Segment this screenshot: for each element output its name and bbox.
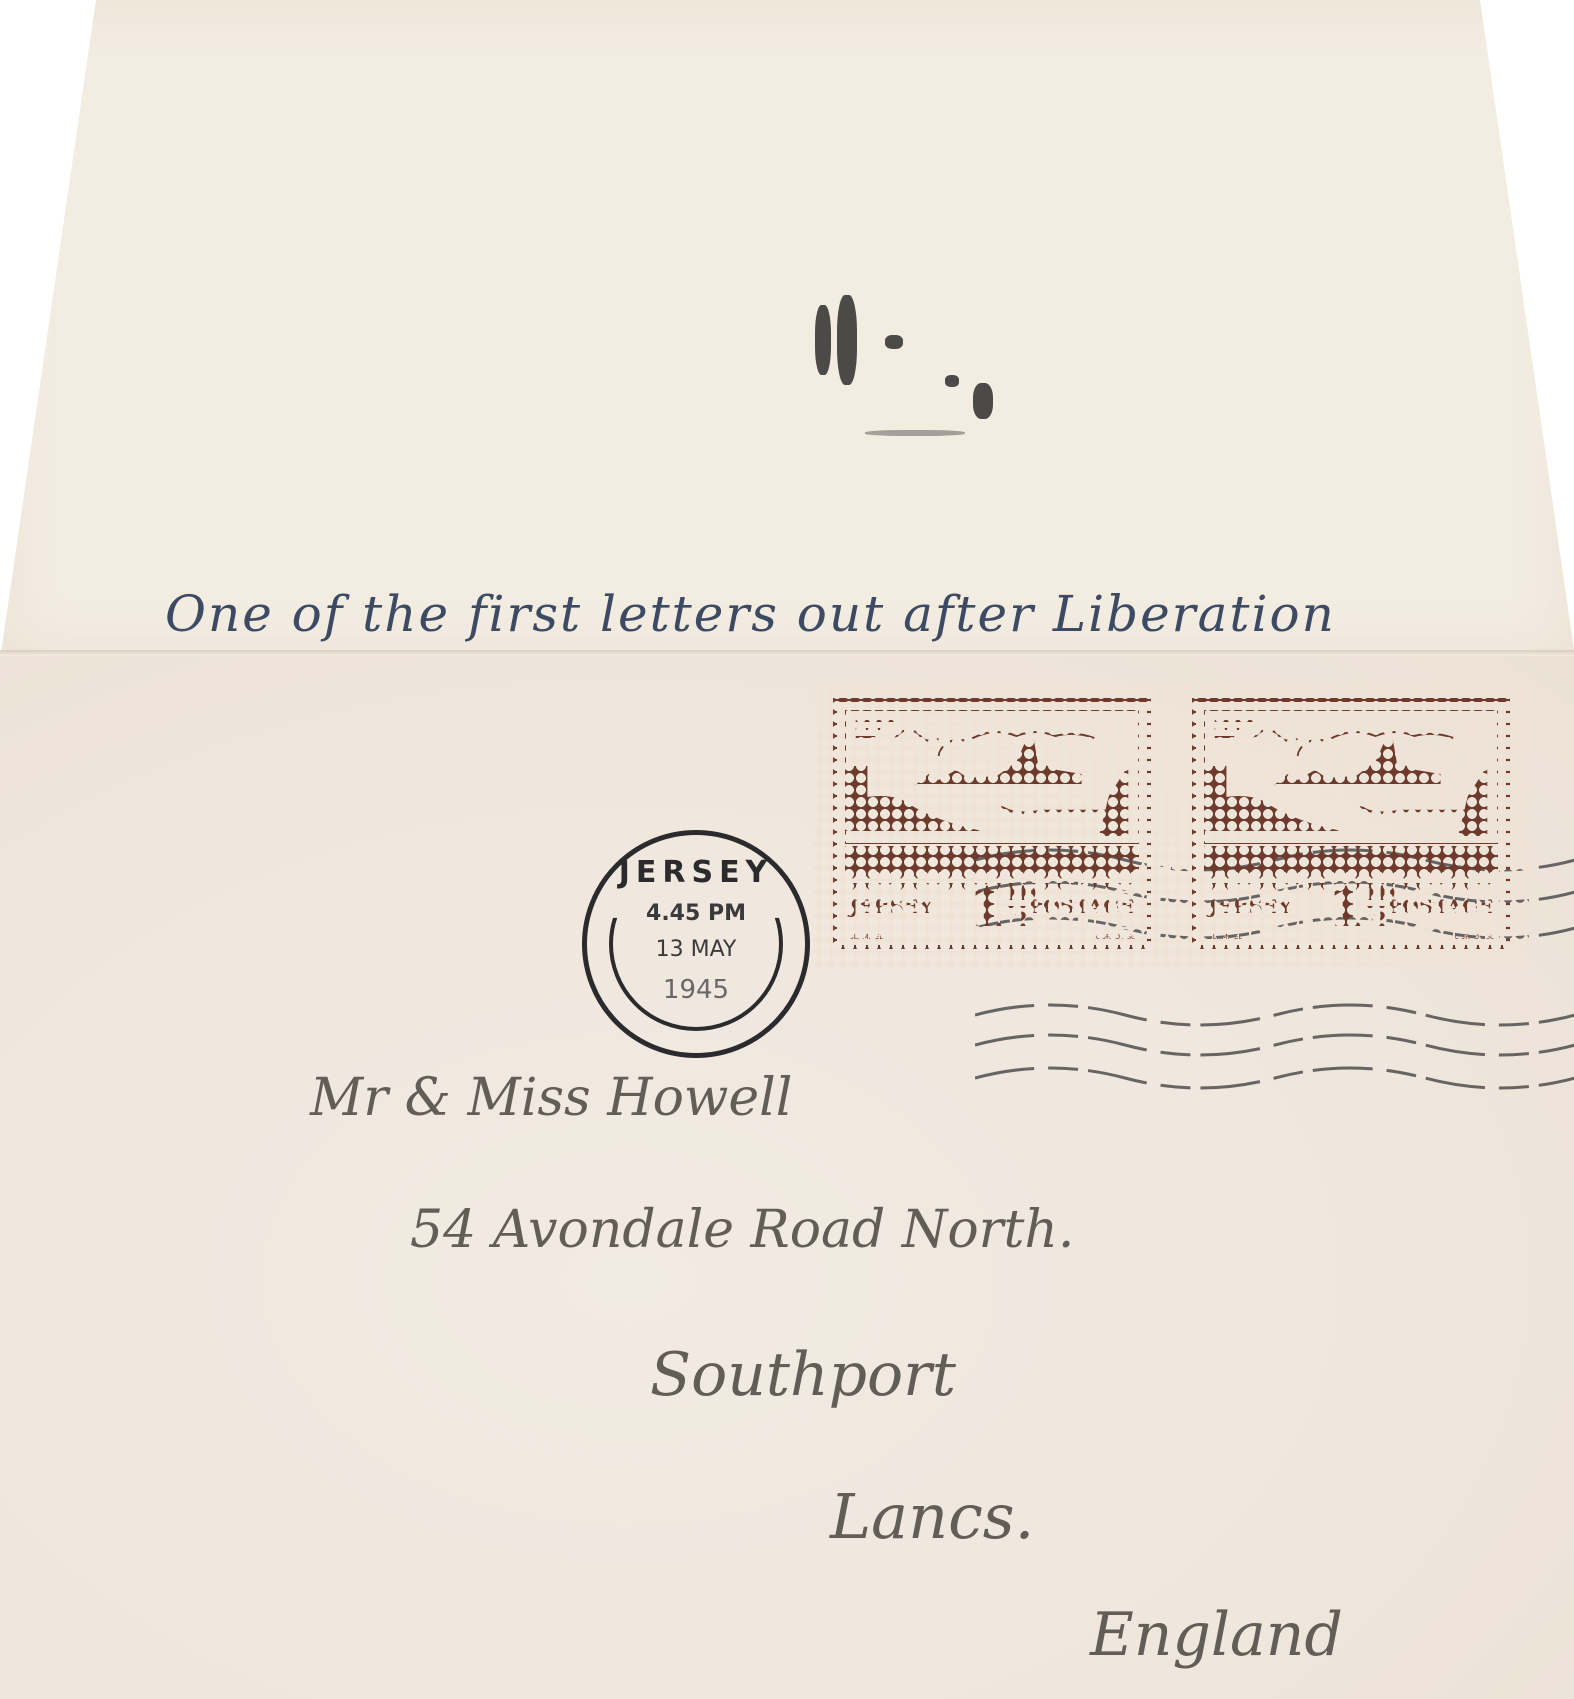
stamp-band: [845, 846, 1139, 872]
postmark-date: 13 MAY: [587, 937, 805, 962]
postmark-town: JERSEY: [587, 855, 805, 890]
handwritten-annotation: One of the first letters out after Liber…: [165, 585, 1336, 643]
stamp-designer: BLAMPIED: [849, 933, 885, 941]
stamp-label: POSTAGE: [1028, 896, 1135, 918]
stamp-landscape-vignette: [845, 710, 1139, 844]
stamp-frame: JERSEY 1 1D 2 POSTAGE BLAMPIED CORTOT Sc: [1192, 698, 1510, 949]
envelope: One of the first letters out after Liber…: [0, 0, 1574, 1699]
jersey-postmark: JERSEY 4.45 PM 13 MAY 1945: [582, 830, 810, 1058]
postage-stamp: JERSEY 1 1D 2 POSTAGE BLAMPIED CORTOT Sc: [1172, 682, 1530, 967]
stamp-value: 1: [969, 880, 1007, 934]
stamp-designer: BLAMPIED: [1208, 933, 1244, 941]
stamp-landscape-vignette: [1204, 710, 1498, 844]
postmark-time: 4.45 PM: [587, 901, 805, 926]
faint-old-postmark: [805, 265, 1035, 465]
stamp-country: JERSEY: [849, 896, 933, 918]
stamp-value: 1: [1328, 880, 1366, 934]
address-country: England: [1090, 1600, 1343, 1670]
address-street: 54 Avondale Road North.: [410, 1200, 1074, 1260]
stamp-band: [1204, 846, 1498, 872]
envelope-flap: [0, 0, 1574, 660]
postmark-year: 1945: [587, 975, 805, 1005]
address-recipient: Mr & Miss Howell: [310, 1068, 792, 1128]
postage-stamp: JERSEY 1 1D 2 POSTAGE BLAMPIED CORTOT Sc: [813, 682, 1171, 967]
stamp-frame: JERSEY 1 1D 2 POSTAGE BLAMPIED CORTOT Sc: [833, 698, 1151, 949]
stamp-engraver: CORTOT Sc: [1096, 933, 1135, 941]
stamp-label: POSTAGE: [1387, 896, 1494, 918]
address-county: Lancs.: [830, 1480, 1034, 1553]
fold-crease: [0, 650, 1574, 656]
address-town: Southport: [650, 1340, 956, 1410]
stamp-engraver: CORTOT Sc: [1455, 933, 1494, 941]
stamp-country: JERSEY: [1208, 896, 1292, 918]
